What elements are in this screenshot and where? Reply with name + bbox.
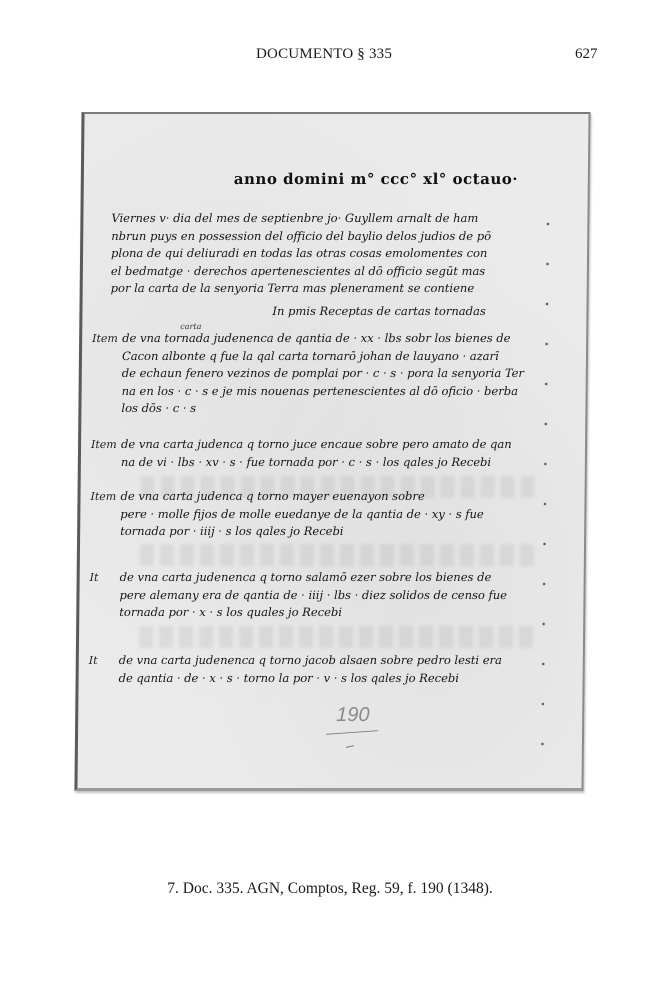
intro-line: Viernes v· dia del mes de septienbre jo·…: [111, 210, 551, 228]
page-number: 627: [575, 46, 598, 63]
entry-line: de vna carta judenca q torno mayer euena…: [120, 488, 550, 506]
manuscript-entry: Item carta de vna tornada judenenca de q…: [121, 330, 552, 418]
manuscript-photograph: anno domini m° ccc° xl° octauo· Viernes …: [74, 112, 590, 791]
intro-line: el bedmatge · derechos apertenescientes …: [111, 263, 551, 281]
bleed-through-text: [139, 626, 539, 648]
entry-line: tornada por · iiij · s los qales jo Rece…: [120, 523, 550, 541]
entry-line: pere alemany era de qantia de · iiij · l…: [119, 587, 549, 605]
folio-underline: [326, 730, 378, 735]
manuscript-entry: Item de vna carta judenca q torno mayer …: [120, 488, 551, 541]
intro-line: nbrun puys en possession del officio del…: [111, 228, 551, 246]
manuscript-heading: anno domini m° ccc° xl° octauo·: [234, 170, 518, 188]
entry-line: de qantia · de · x · s · torno la por · …: [119, 670, 549, 688]
running-title: DOCUMENTO § 335: [256, 46, 392, 63]
entry-line: los dōs · c · s: [121, 400, 551, 418]
entry-line: de vna carta judenca q torno juce encaue…: [121, 436, 551, 454]
item-marker: Item: [90, 488, 116, 506]
entry-line: Cacon albonte q fue la qal carta tornarō…: [122, 348, 552, 366]
folio-dash-mark: [346, 745, 354, 748]
running-head: DOCUMENTO § 335 627: [0, 46, 660, 70]
manuscript-subheading: In pmis Receptas de cartas tornadas: [272, 304, 485, 318]
folio-number: 190: [336, 704, 370, 727]
entry-line: na en los · c · s e je mis nouenas perte…: [122, 383, 552, 401]
bleed-through-text: [140, 544, 540, 566]
entry-line: de vna carta judenenca q torno salamō ez…: [120, 569, 550, 587]
item-marker: Item: [92, 330, 118, 348]
manuscript-intro: Viernes v· dia del mes de septienbre jo·…: [111, 210, 552, 298]
figure-caption: 7. Doc. 335. AGN, Comptos, Reg. 59, f. 1…: [0, 880, 660, 898]
interlinear-gloss: carta: [180, 318, 201, 336]
entry-line: tornada por · x · s los quales jo Recebi: [119, 604, 549, 622]
entry-line: de vna carta judenenca q torno jacob als…: [119, 652, 549, 670]
entry-line: de echaun fenero vezinos de pomplai por …: [122, 365, 552, 383]
item-marker: Item: [91, 436, 117, 454]
entry-line: na de vi · lbs · xv · s · fue tornada po…: [121, 454, 551, 472]
manuscript-entry: Item de vna carta judenca q torno juce e…: [121, 436, 551, 471]
manuscript-entry: It de vna carta judenenca q torno jacob …: [119, 652, 549, 687]
item-marker: It: [90, 569, 99, 587]
manuscript-entry: It de vna carta judenenca q torno salamō…: [119, 569, 550, 622]
intro-line: plona de qui deliuradi en todas las otra…: [111, 245, 551, 263]
item-marker: It: [89, 652, 98, 670]
entry-line: pere · molle fijos de molle euedanye de …: [120, 506, 550, 524]
intro-line: por la carta de la senyoria Terra mas pl…: [111, 280, 551, 298]
